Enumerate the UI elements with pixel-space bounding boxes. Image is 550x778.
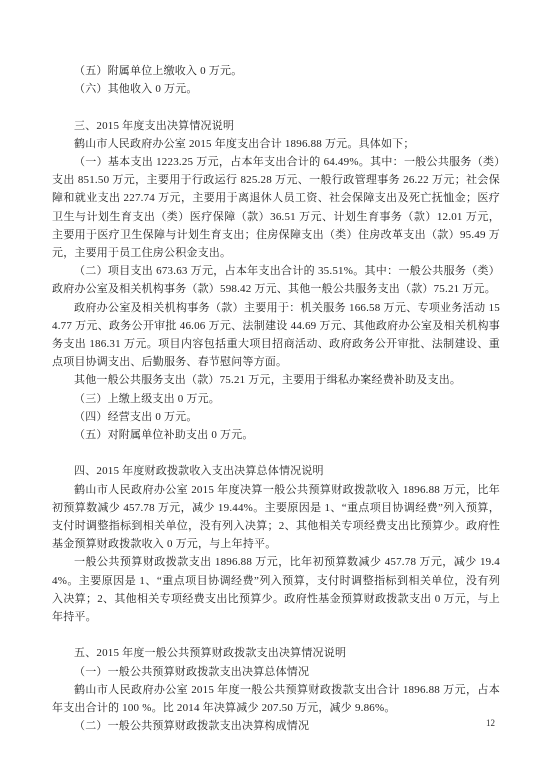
paragraph: 四、2015 年度财政拨款收入支出决算总体情况说明 [52, 462, 500, 480]
paragraph: 鹤山市人民政府办公室 2015 年度决算一般公共预算财政拨款收入 1896.88… [52, 481, 500, 554]
page-number: 12 [486, 718, 495, 728]
blank-line [52, 444, 500, 462]
blank-line [52, 626, 500, 644]
paragraph: （三）上缴上级支出 0 万元。 [52, 390, 500, 408]
paragraph: 三、2015 年度支出决算情况说明 [52, 117, 500, 135]
paragraph: 政府办公室及相关机构事务（款）主要用于：机关服务 166.58 万元、专项业务活… [52, 299, 500, 372]
blank-line [52, 98, 500, 116]
paragraph: 五、2015 年度一般公共预算财政拨款支出决算情况说明 [52, 644, 500, 662]
paragraph: （六）其他收入 0 万元。 [52, 80, 500, 98]
paragraph: 鹤山市人民政府办公室 2015 年度支出合计 1896.88 万元。具体如下； [52, 135, 500, 153]
paragraph: （四）经营支出 0 万元。 [52, 408, 500, 426]
paragraph: （一）基本支出 1223.25 万元，占本年支出合计的 64.49%。其中：一般… [52, 153, 500, 262]
paragraph: （二）项目支出 673.63 万元，占本年支出合计的 35.51%。其中：一般公… [52, 262, 500, 298]
paragraph: 鹤山市人民政府办公室 2015 年度一般公共预算财政拨款支出合计 1896.88… [52, 681, 500, 717]
paragraph: 其他一般公共服务支出（款）75.21 万元，主要用于缉私办案经费补助及支出。 [52, 371, 500, 389]
paragraph: （二）一般公共预算财政拨款支出决算构成情况 [52, 717, 500, 735]
paragraph: 一般公共预算财政拨款支出 1896.88 万元，比年初预算数减少 457.78 … [52, 553, 500, 626]
paragraph: （五）对附属单位补助支出 0 万元。 [52, 426, 500, 444]
document-page: （五）附属单位上缴收入 0 万元。（六）其他收入 0 万元。三、2015 年度支… [0, 0, 550, 778]
document-body: （五）附属单位上缴收入 0 万元。（六）其他收入 0 万元。三、2015 年度支… [52, 62, 500, 735]
paragraph: （五）附属单位上缴收入 0 万元。 [52, 62, 500, 80]
paragraph: （一）一般公共预算财政拨款支出决算总体情况 [52, 663, 500, 681]
